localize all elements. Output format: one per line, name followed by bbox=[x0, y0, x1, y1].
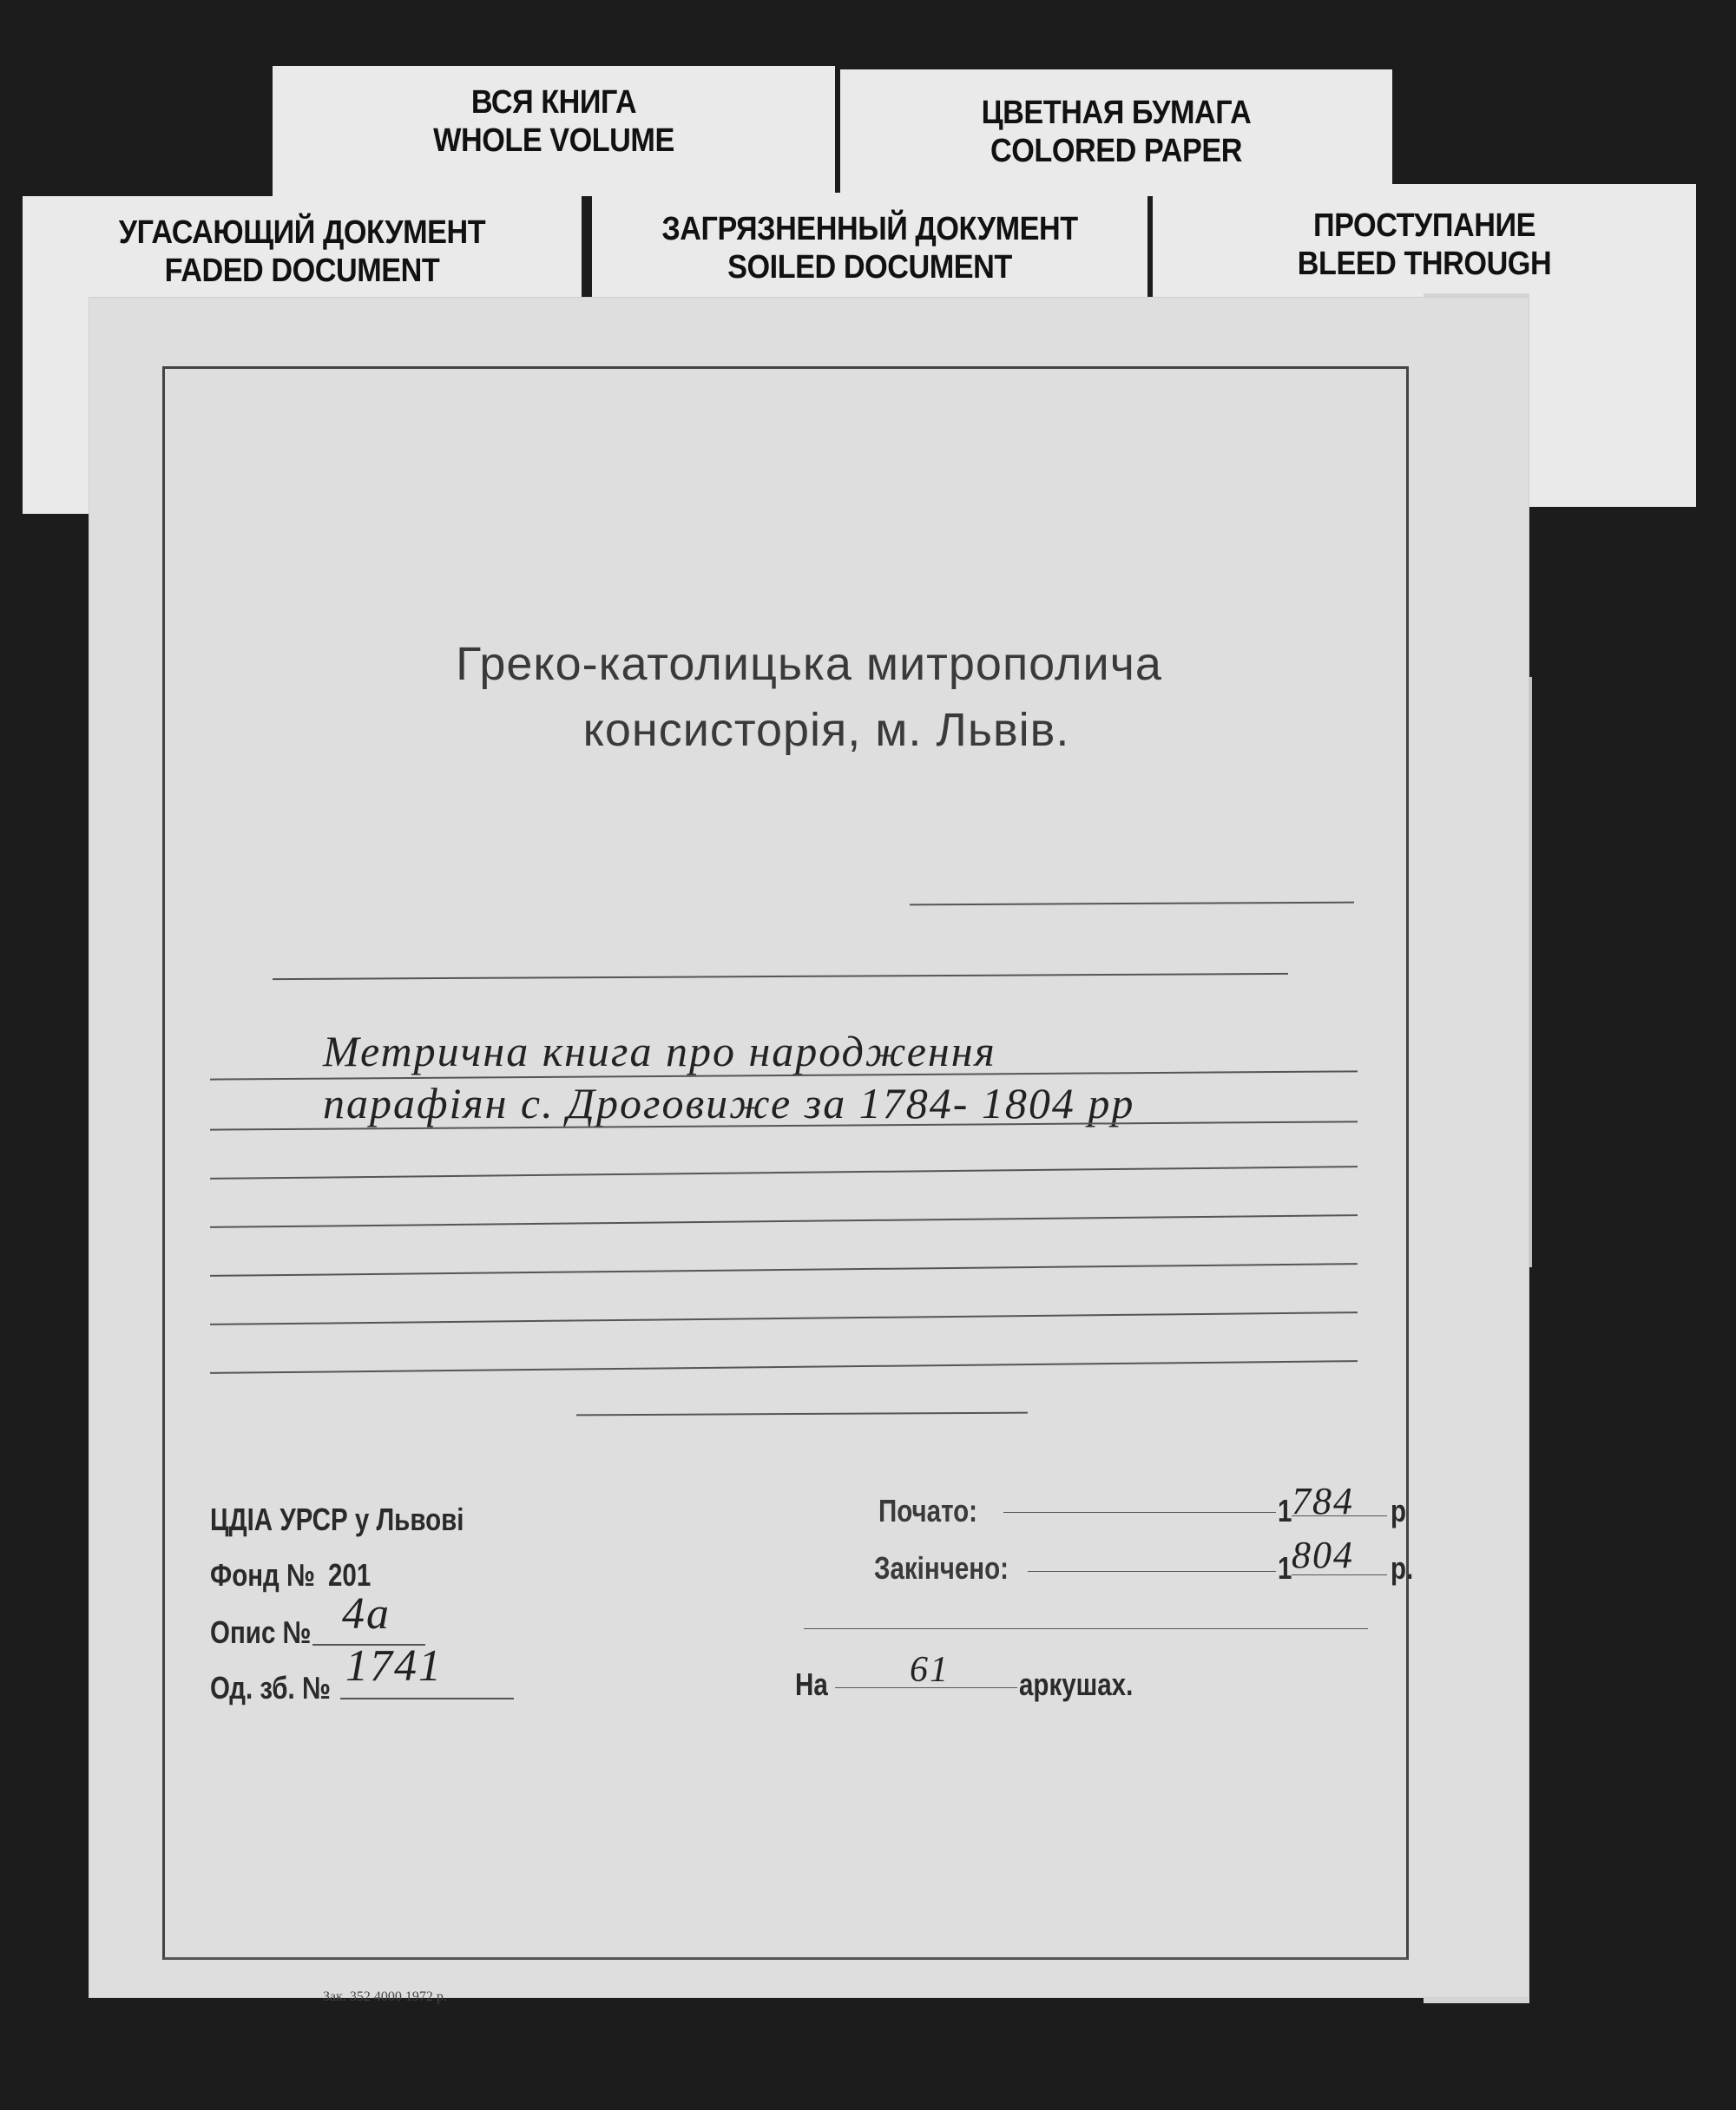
rule bbox=[1028, 1571, 1276, 1572]
opys-value: 4а bbox=[342, 1588, 391, 1640]
rule bbox=[1292, 1515, 1387, 1516]
tab-label-ru: УГАСАЮЩИЙ ДОКУМЕНТ bbox=[50, 214, 554, 252]
cover-heading-line1: Греко-католицька митрополича bbox=[89, 637, 1529, 691]
tab-soiled-document: ЗАГРЯЗНЕННЫЙ ДОКУМЕНТ SOILED DOCUMENT bbox=[592, 193, 1147, 306]
rule bbox=[804, 1628, 1368, 1629]
rule bbox=[1003, 1512, 1276, 1513]
started-year-value: 784 bbox=[1292, 1479, 1354, 1523]
tab-label-ru: ЦВЕТНАЯ БУМАГА bbox=[868, 94, 1364, 132]
tab-label-ru: ВСЯ КНИГА bbox=[300, 83, 806, 122]
tab-label-en: COLORED PAPER bbox=[868, 132, 1364, 170]
rule bbox=[835, 1687, 1017, 1688]
tab-label-en: WHOLE VOLUME bbox=[300, 122, 806, 160]
cover-sheet: Греко-католицька митрополича консисторія… bbox=[89, 297, 1529, 1998]
ended-label: Закінчено: bbox=[874, 1550, 1009, 1587]
rule bbox=[1292, 1574, 1387, 1575]
unit-label: Од. зб. № bbox=[210, 1670, 331, 1706]
started-year-prefix: 1 bbox=[1278, 1493, 1292, 1529]
handwritten-title-line2: парафіян с. Дроговиже за 1784- 1804 рр bbox=[323, 1078, 1134, 1128]
tab-label-en: SOILED DOCUMENT bbox=[620, 248, 1120, 286]
ended-year-suffix: р. bbox=[1391, 1550, 1413, 1587]
tab-label-ru: ПРОСТУПАНИЕ bbox=[1180, 207, 1668, 245]
fond-label: Фонд № bbox=[210, 1557, 315, 1594]
sheets-value: 61 bbox=[910, 1649, 950, 1691]
unit-value: 1741 bbox=[345, 1640, 443, 1692]
started-label: Почато: bbox=[878, 1493, 977, 1529]
ended-year-value: 804 bbox=[1292, 1533, 1354, 1577]
print-info: Зак. 352 4000 1972 р. bbox=[323, 1989, 447, 2005]
started-year-suffix: р bbox=[1391, 1493, 1406, 1529]
sheets-label-pre: На bbox=[795, 1666, 828, 1703]
rule bbox=[340, 1698, 514, 1699]
archive-institution: ЦДІА УРСР у Львові bbox=[210, 1502, 464, 1538]
sheets-label-post: аркушах. bbox=[1019, 1666, 1133, 1703]
cover-border-frame bbox=[162, 366, 1409, 1960]
ended-year-prefix: 1 bbox=[1278, 1550, 1292, 1587]
tab-label-en: FADED DOCUMENT bbox=[50, 252, 554, 290]
tab-label-ru: ЗАГРЯЗНЕННЫЙ ДОКУМЕНТ bbox=[620, 210, 1120, 248]
cover-heading-line2: консисторія, м. Львів. bbox=[89, 703, 1529, 757]
tab-label-en: BLEED THROUGH bbox=[1180, 245, 1668, 283]
opys-label: Опис № bbox=[210, 1614, 311, 1651]
tab-colored-paper: ЦВЕТНАЯ БУМАГА COLORED PAPER bbox=[840, 69, 1392, 196]
tab-whole-volume: ВСЯ КНИГА WHOLE VOLUME bbox=[273, 66, 835, 196]
handwritten-title-line1: Метрична книга про народження bbox=[323, 1026, 996, 1076]
